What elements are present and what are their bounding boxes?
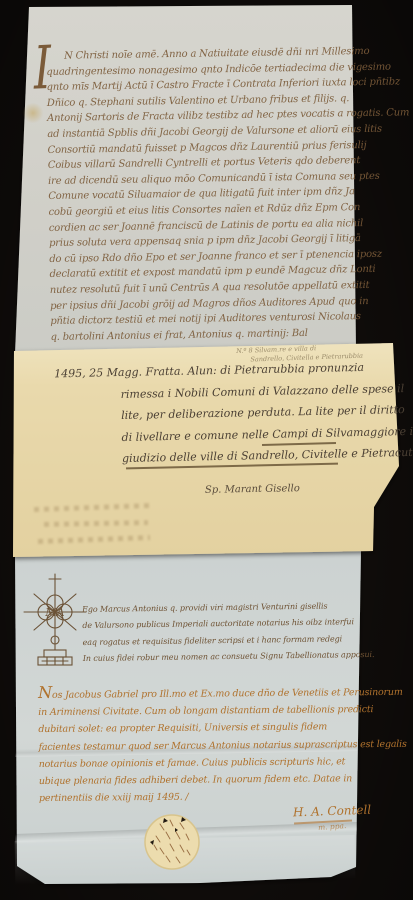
stain	[22, 103, 44, 123]
legalization-line: ubique plenaria fides adhiberi debet. In…	[39, 770, 353, 790]
notary-sign-icon: MA	[20, 570, 90, 675]
slip-signature: Sp. Marant Gisello	[205, 483, 300, 496]
sign-letters: MA	[44, 606, 64, 619]
countersignature: H. A. Contell	[293, 803, 372, 820]
attestation-block: Ego Marcus Antonius q. providi viri magi…	[82, 598, 351, 667]
legalization-line: dubitari solet: ea propter Requisiti, Un…	[38, 719, 352, 739]
latin-act-block: N Christi noīe amē. Anno a Natiuitate ei…	[46, 44, 361, 345]
slip-summary-block: 1495, 25 Magg. Fratta. Alun: di Pietraru…	[120, 357, 362, 470]
wax-seal	[142, 812, 202, 872]
legalization-line: Nos Jacobus Gabriel pro Ill.mo et Ex.mo …	[38, 681, 352, 704]
